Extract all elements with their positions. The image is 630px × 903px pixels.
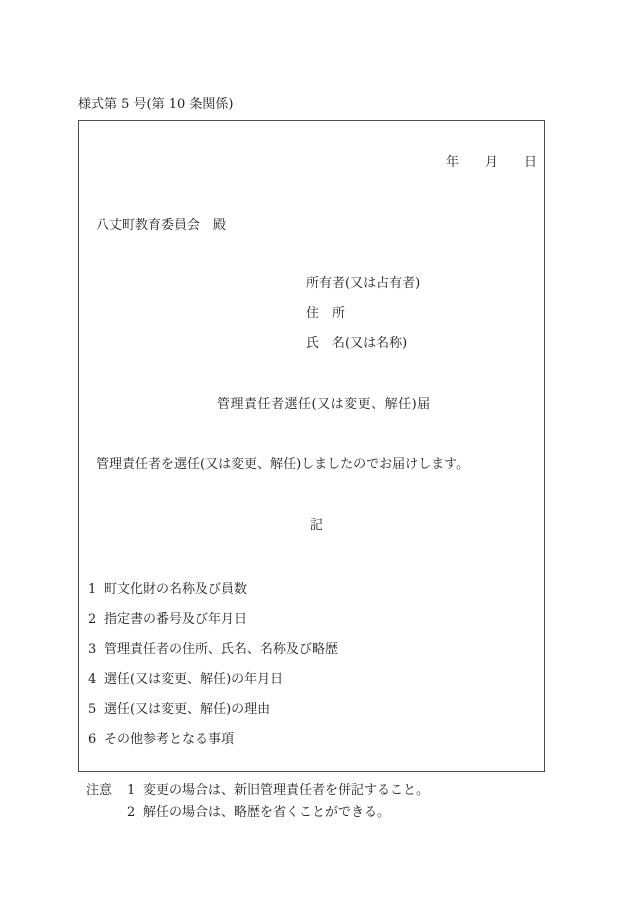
record-marker: 記: [310, 519, 323, 532]
body-text: 管理責任者を選任(又は変更、解任)しましたのでお届けします。: [96, 458, 469, 471]
notes-list: 1 変更の場合は、新旧管理責任者を併記すること。 2 解任の場合は、略歴を省くこ…: [127, 784, 429, 819]
item-number: 4: [88, 673, 104, 686]
note-text: 解任の場合は、略歴を省くことができる。: [143, 806, 390, 819]
item-list: 1 町文化財の名称及び員数 2 指定書の番号及び年月日 3 管理責任者の住所、氏…: [88, 583, 338, 746]
address-label: 住 所: [306, 307, 420, 320]
form-border-box: 年 月 日 八丈町教育委員会 殿 所有者(又は占有者) 住 所 氏 名(又は名称…: [78, 120, 545, 772]
note-row: 1 変更の場合は、新旧管理責任者を併記すること。: [127, 784, 429, 797]
item-row: 5 選任(又は変更、解任)の理由: [88, 703, 338, 716]
name-label: 氏 名(又は名称): [306, 337, 420, 350]
item-number: 2: [88, 613, 104, 626]
item-row: 4 選任(又は変更、解任)の年月日: [88, 673, 338, 686]
document-title: 管理責任者選任(又は変更、解任)届: [217, 398, 431, 411]
note-text: 変更の場合は、新旧管理責任者を併記すること。: [143, 784, 429, 797]
owner-label: 所有者(又は占有者): [306, 277, 420, 290]
item-text: その他参考となる事項: [104, 733, 234, 746]
note-row: 2 解任の場合は、略歴を省くことができる。: [127, 806, 429, 819]
date-line: 年 月 日: [446, 156, 537, 169]
document-page: 様式第 5 号(第 10 条関係) 年 月 日 八丈町教育委員会 殿 所有者(又…: [0, 0, 630, 903]
sender-block: 所有者(又は占有者) 住 所 氏 名(又は名称): [306, 277, 420, 350]
item-text: 選任(又は変更、解任)の理由: [104, 703, 270, 716]
item-row: 3 管理責任者の住所、氏名、名称及び略歴: [88, 643, 338, 656]
notes-label: 注意: [86, 784, 112, 797]
item-text: 指定書の番号及び年月日: [104, 613, 247, 626]
item-number: 5: [88, 703, 104, 716]
form-number-label: 様式第 5 号(第 10 条関係): [78, 98, 234, 111]
note-number: 1: [127, 784, 143, 797]
note-number: 2: [127, 806, 143, 819]
addressee-line: 八丈町教育委員会 殿: [96, 219, 226, 232]
item-number: 6: [88, 733, 104, 746]
item-row: 2 指定書の番号及び年月日: [88, 613, 338, 626]
item-text: 選任(又は変更、解任)の年月日: [104, 673, 283, 686]
item-row: 1 町文化財の名称及び員数: [88, 583, 338, 596]
item-text: 町文化財の名称及び員数: [104, 583, 247, 596]
item-number: 1: [88, 583, 104, 596]
item-text: 管理責任者の住所、氏名、名称及び略歴: [104, 643, 338, 656]
item-row: 6 その他参考となる事項: [88, 733, 338, 746]
item-number: 3: [88, 643, 104, 656]
